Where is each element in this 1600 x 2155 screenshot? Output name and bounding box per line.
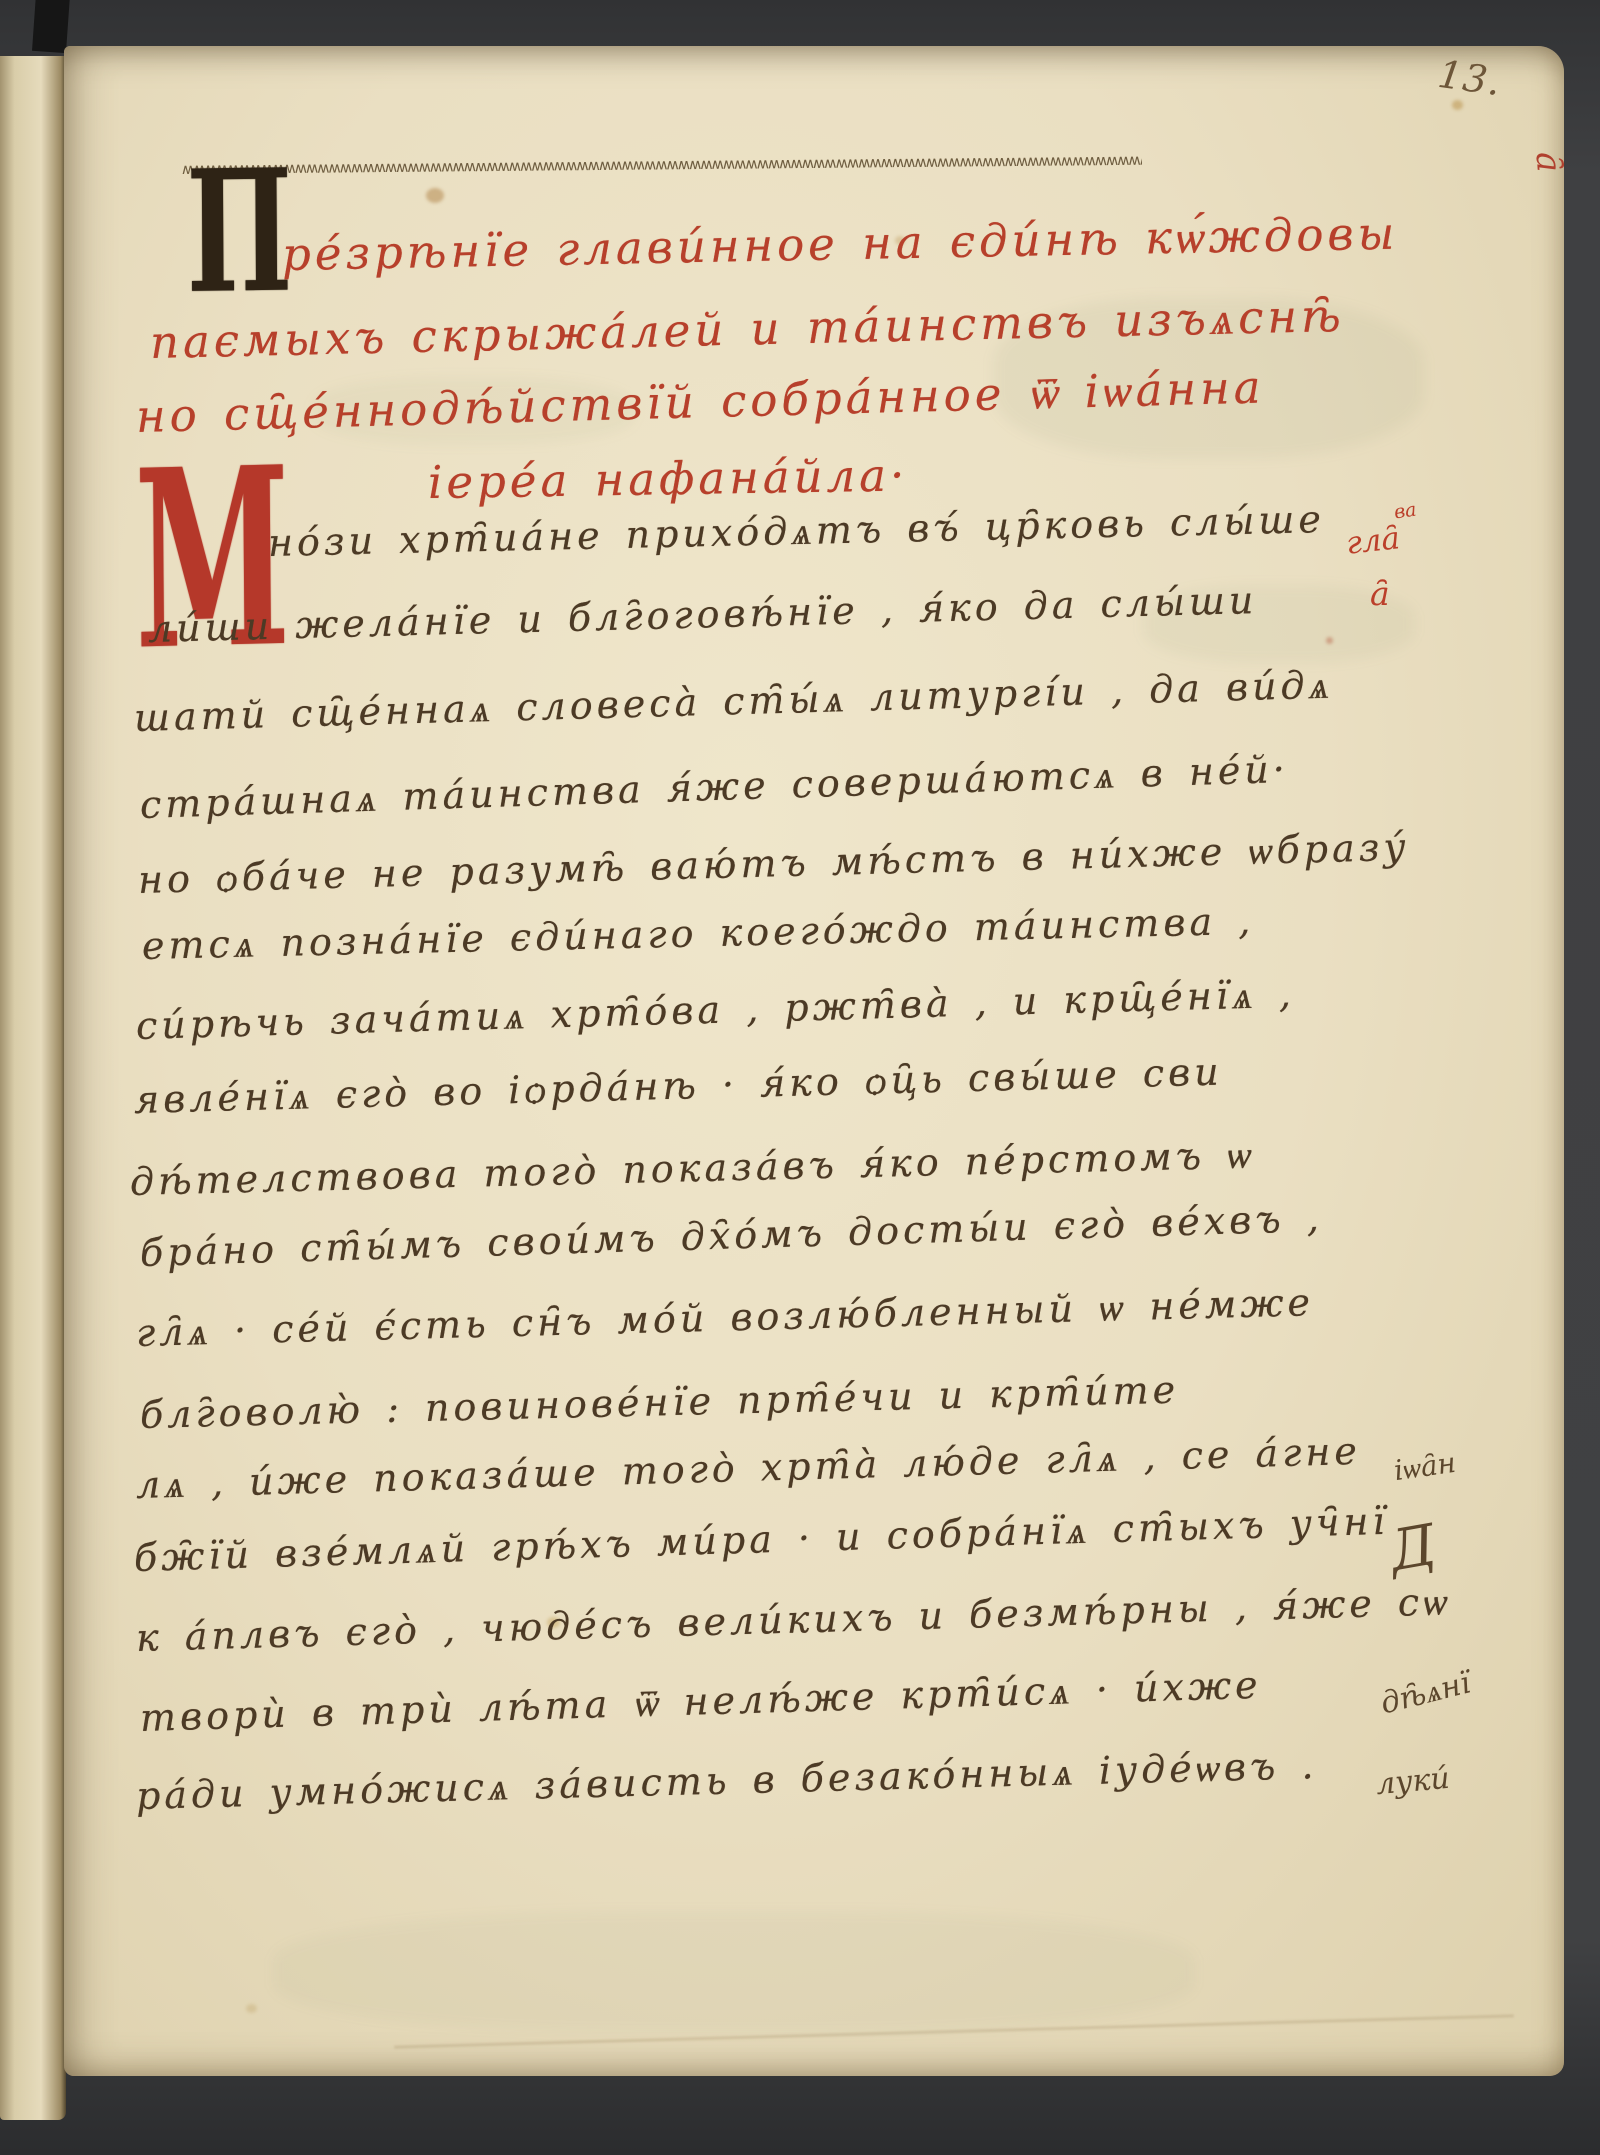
- drop-cap-initial-p: П: [186, 149, 293, 318]
- quire-signature: а̑: [1527, 150, 1568, 173]
- stain: [1452, 100, 1463, 110]
- margin-note-luke: луки́: [1375, 1761, 1452, 1802]
- chapter-note-glava: гла̑: [1344, 520, 1401, 561]
- heading-line: іере́а нафана́йла·: [428, 448, 909, 509]
- previous-page-edge: [0, 56, 66, 2120]
- binding-tab: [32, 0, 70, 53]
- chapter-note-number: а̑: [1370, 574, 1390, 613]
- folio-number: 13.: [1435, 52, 1504, 104]
- chapter-note-glava-superscript: ва: [1393, 499, 1418, 524]
- stain: [426, 188, 444, 203]
- ink-bleed: [274, 1912, 1194, 2032]
- stain: [1326, 637, 1333, 644]
- stain: [246, 2004, 257, 2013]
- manuscript-photo: ʍʍʍʍʍʍʍʍʍʍʍʍʍʍʍʍʍʍʍʍʍʍʍʍʍʍʍʍʍʍʍʍʍʍʍʍʍʍʍʍ…: [0, 0, 1600, 2155]
